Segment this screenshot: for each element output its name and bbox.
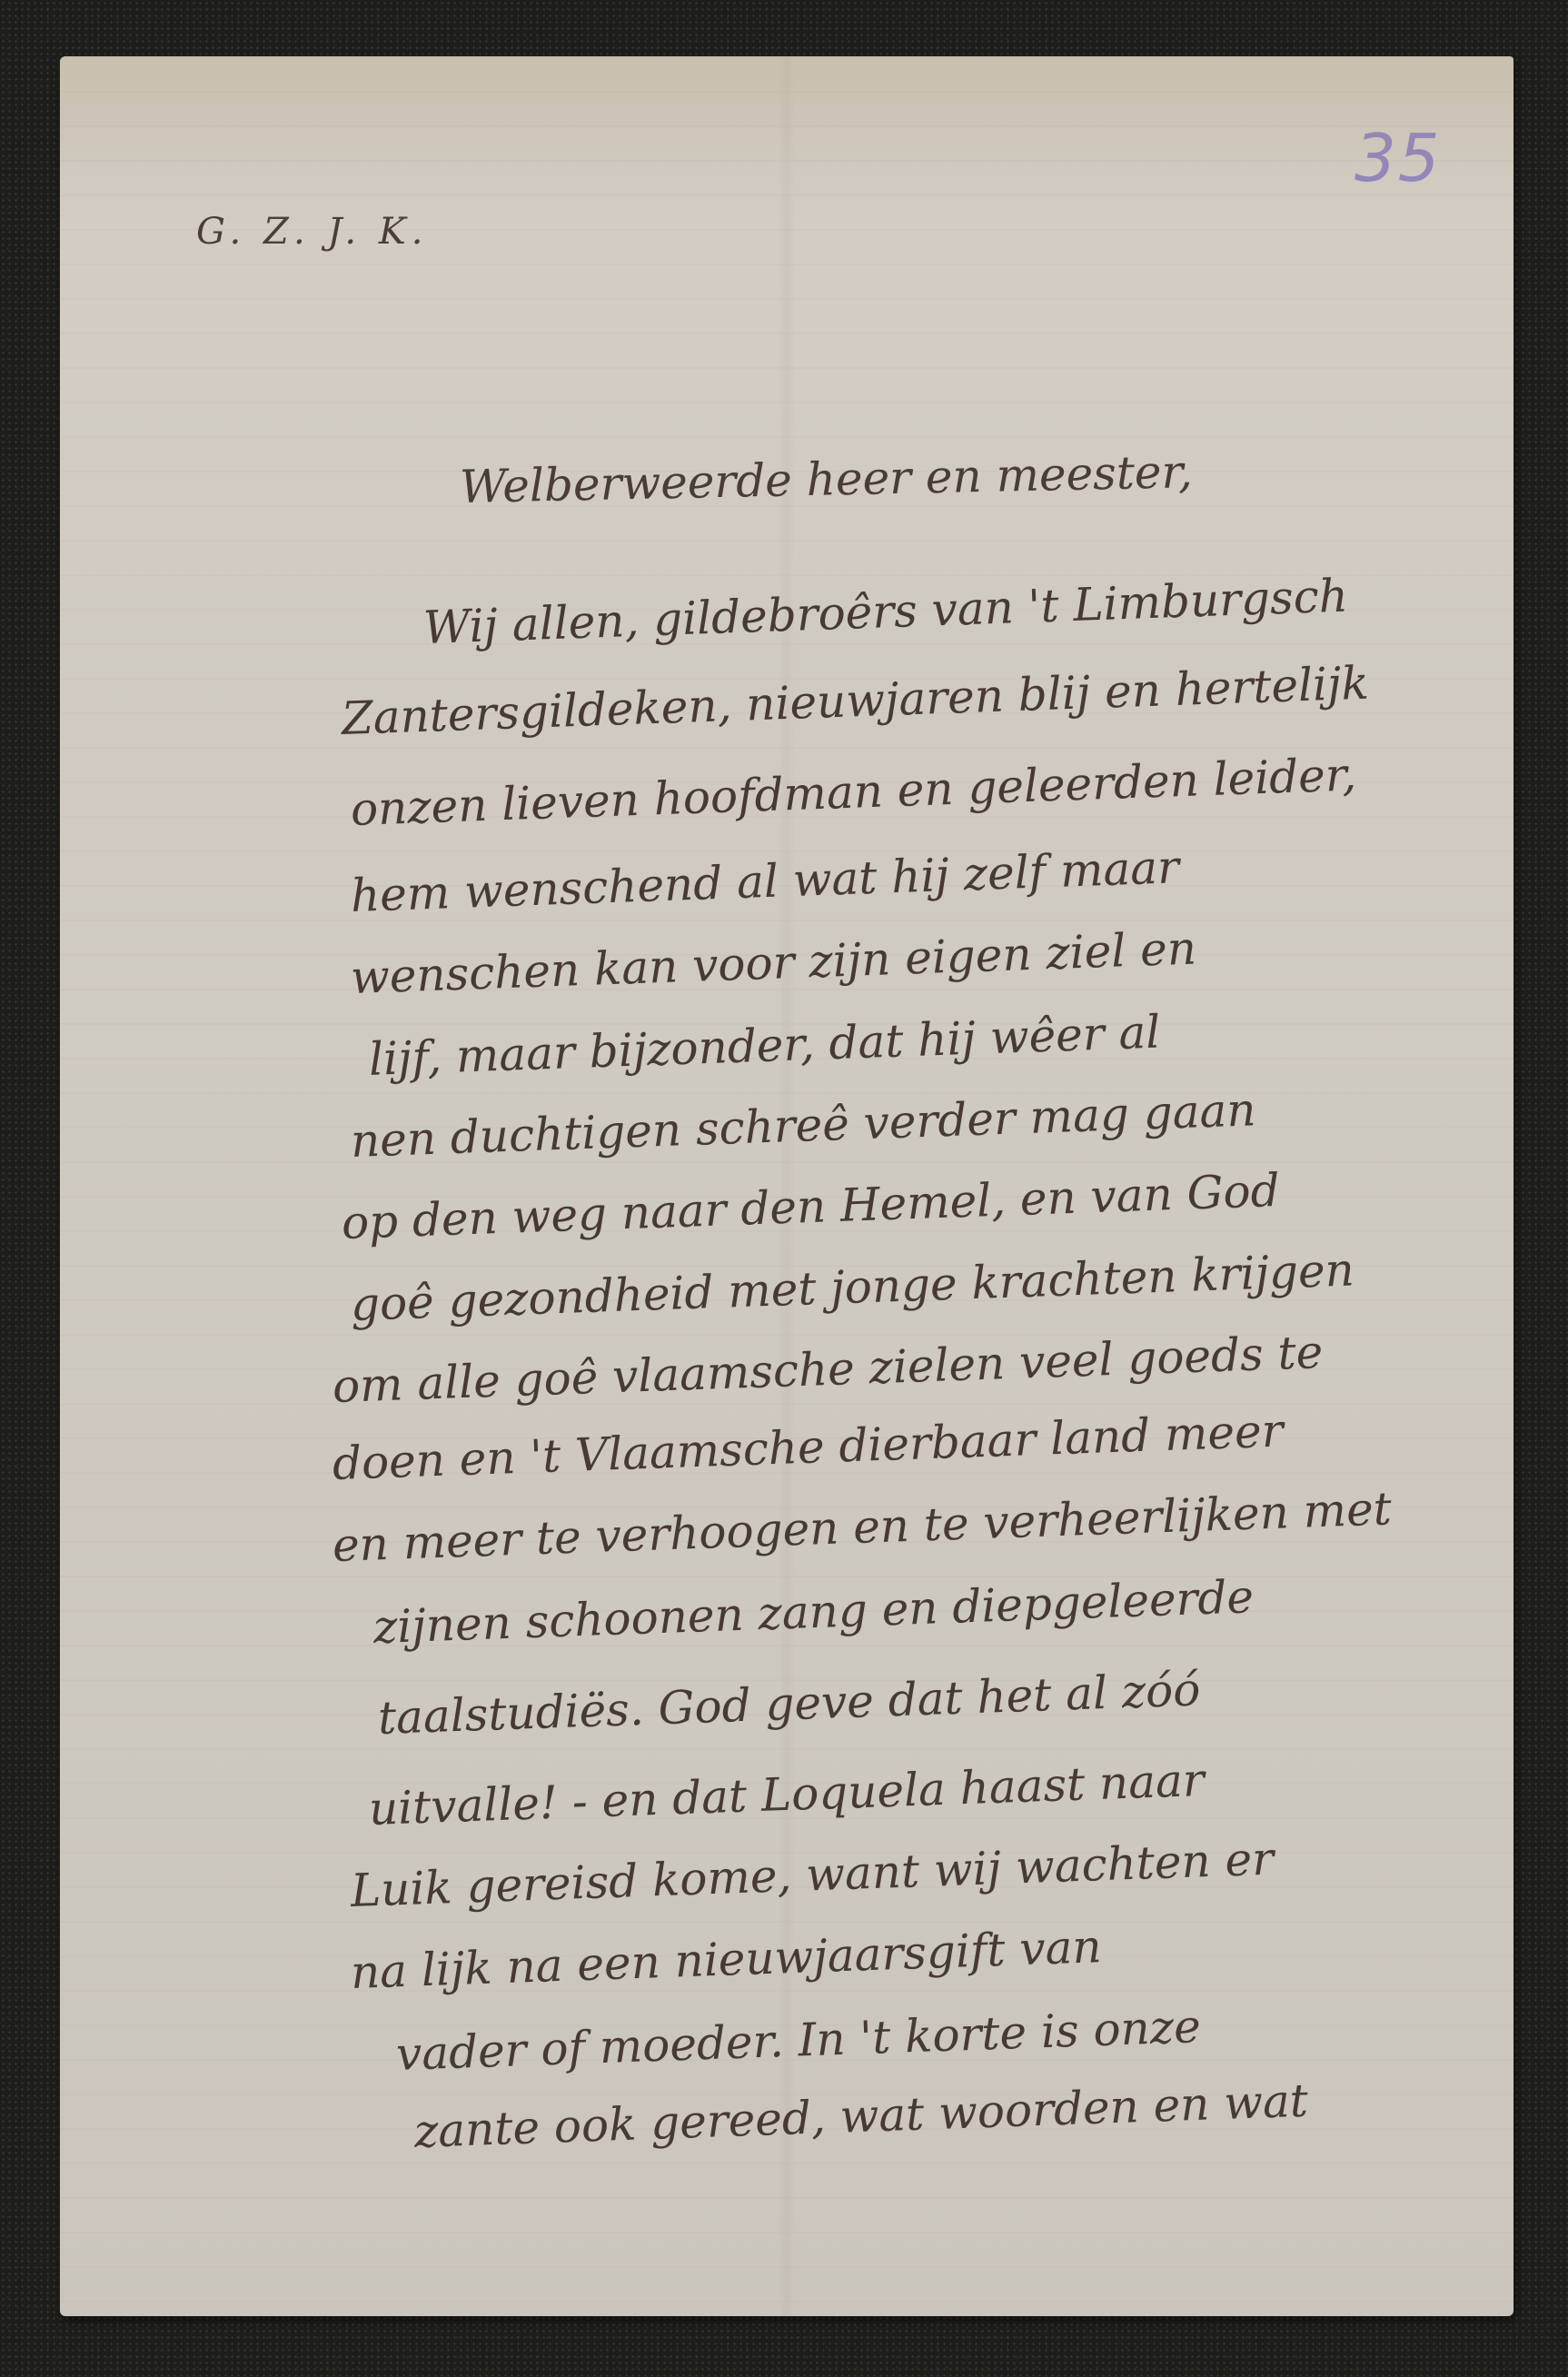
body-line: Zantersgildeken, nieuwjaren blij en hert…: [341, 657, 1370, 745]
body-line: nen duchtigen schreê verder mag gaan: [350, 1083, 1256, 1168]
body-line: lijf, maar bijzonder, dat hij wêer al: [368, 1006, 1161, 1086]
body-line: op den weg naar den Hemel, en van God: [341, 1164, 1281, 1249]
letter-page: G. Z. J. K. 35 Welberweerde heer en mees…: [60, 56, 1513, 2316]
body-line: onzen lieven hoofdman en geleerden leide…: [350, 748, 1357, 836]
body-line: taalstudiës. God geve dat het al zóó: [377, 1663, 1201, 1745]
body-line: Luik gereisd kome, want wij wachten er: [350, 1833, 1275, 1917]
body-line: uitvalle! - en dat Loquela haast naar: [368, 1754, 1206, 1835]
body-line: zijnen schoonen zang en diepgeleerde: [372, 1570, 1255, 1654]
body-line: na lijk na een nieuwjaarsgift van: [350, 1920, 1103, 1999]
body-line: goê gezondheid met jonge krachten krijge…: [350, 1243, 1355, 1331]
body-line: doen en 't Vlaamsche dierbaar land meer: [332, 1404, 1284, 1490]
body-line: vader of moeder. In 't korte is onze: [395, 2000, 1202, 2081]
body-line: om alle goê vlaamsche zielen veel goeds …: [332, 1326, 1324, 1413]
body-line: zante ook gereed, wat woorden en wat: [413, 2074, 1309, 2158]
body-line: en meer te verhoogen en te verheerlijken…: [332, 1482, 1393, 1572]
letter-body: Wij allen, gildebroêrs van 't Limburgsch…: [60, 56, 1513, 2316]
body-line: Wij allen, gildebroêrs van 't Limburgsch: [422, 569, 1349, 654]
body-line: wenschen kan voor zijn eigen ziel en: [350, 922, 1197, 1004]
body-line: hem wenschend al wat hij zelf maar: [350, 840, 1180, 922]
